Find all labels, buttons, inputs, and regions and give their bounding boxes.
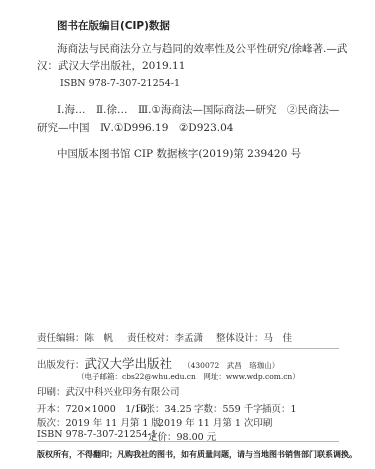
- printing: 2019 年 11 月第 1 次印刷: [158, 415, 272, 429]
- word-count: 字数：559 千字: [194, 401, 263, 415]
- credit-proofreader: 责任校对：李孟潇: [127, 330, 203, 344]
- format: 开本：720×1000 1/16: [37, 401, 147, 415]
- publisher-contact: （电子邮箱：cbs22@whu.edu.cn 网址：www.wdp.com.cn…: [77, 371, 300, 382]
- print-sheets: 印张：34.25: [136, 401, 192, 415]
- cip-classification-line2: 研究—中国 Ⅳ.①D996.19 ②D923.04: [37, 121, 233, 135]
- credit-designer: 整体设计：马 佳: [216, 330, 292, 344]
- cip-number: 中国版本图书馆 CIP 数据核字(2019)第 239420 号: [57, 147, 301, 161]
- cip-title-line1: 海商法与民商法分立与趋同的效率性及公平性研究/徐峰著.—武: [57, 42, 347, 56]
- edition: 版次：2019 年 11 月第 1 版: [37, 415, 161, 429]
- credit-editor: 责任编辑：陈 帆: [37, 330, 113, 344]
- cip-isbn: ISBN 978-7-307-21254-1: [60, 77, 180, 91]
- publisher-label: 出版发行：: [37, 360, 85, 371]
- publisher-address: （430072 武昌 珞珈山）: [183, 361, 279, 370]
- publisher-name: 武汉大学出版社: [85, 356, 173, 371]
- publisher-line: 出版发行：武汉大学出版社 （430072 武昌 珞珈山）: [37, 353, 279, 372]
- cip-title-line2: 汉：武汉大学出版社，2019.11: [37, 59, 185, 73]
- divider-bottom: [37, 441, 339, 442]
- cip-classification-line1: Ⅰ.海… Ⅱ.徐… Ⅲ.①海商法—国际商法—研究 ②民商法—: [57, 103, 339, 117]
- isbn: ISBN 978-7-307-21254-1: [37, 429, 157, 440]
- divider-top: [37, 348, 339, 349]
- printer: 印刷：武汉中科兴业印务有限公司: [37, 384, 180, 398]
- plates: 插页：1: [262, 401, 297, 415]
- cip-heading: 图书在版编目(CIP)数据: [57, 18, 170, 33]
- copyright-notice: 版权所有，不得翻印；凡购我社的图书，如有质量问题，请与当地图书销售部门联系调换。: [37, 449, 357, 460]
